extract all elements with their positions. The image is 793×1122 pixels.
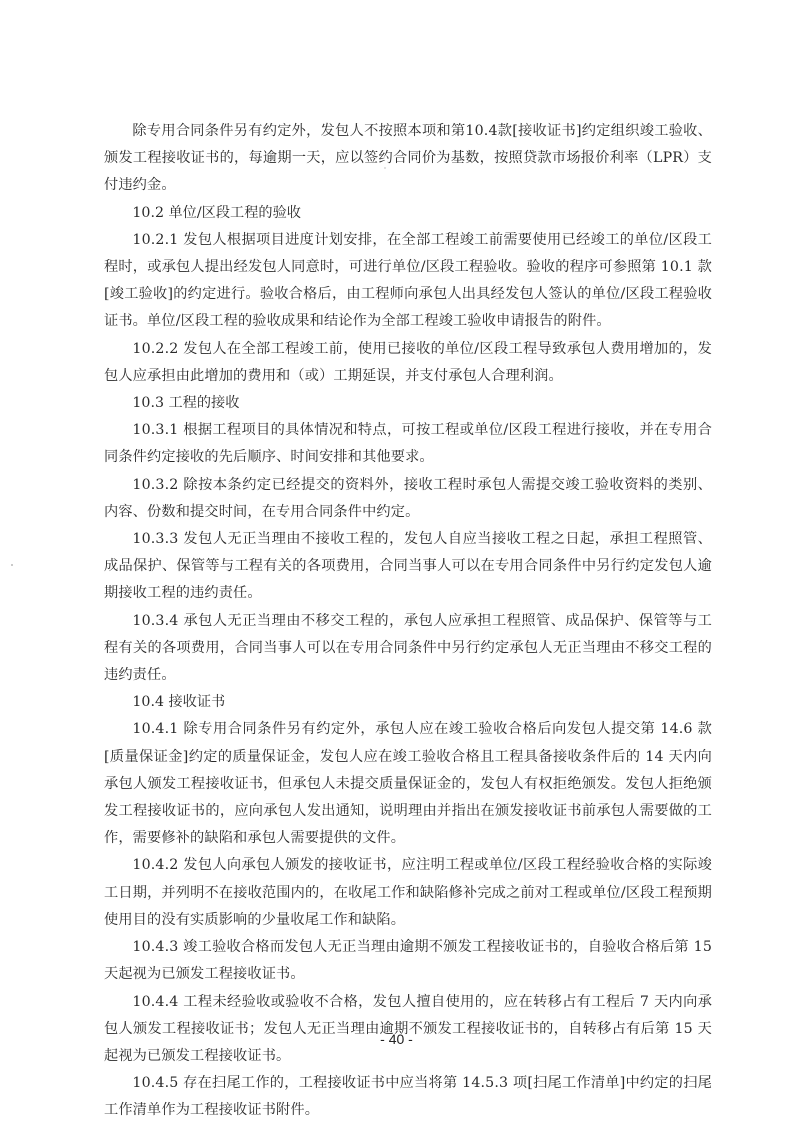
paragraph-10-3-3: 10.3.3 发包人无正当理由不接收工程的，发包人自应当接收工程之日起，承担工程… [104,526,712,608]
section-heading-10-2: 10.2 单位/区段工程的验收 [104,200,712,227]
page-number: - 40 - [0,1031,793,1047]
paragraph-10-2-2: 10.2.2 发包人在全部工程竣工前，使用已接收的单位/区段工程导致承包人费用增… [104,336,712,390]
section-heading-10-4: 10.4 接收证书 [104,689,712,716]
paragraph-10-4-1: 10.4.1 除专用合同条件另有约定外，承包人应在竣工验收合格后向发包人提交第 … [104,716,712,852]
paragraph-10-3-4: 10.3.4 承包人无正当理由不移交工程的，承包人应承担工程照管、成品保护、保管… [104,608,712,690]
section-heading-10-3: 10.3 工程的接收 [104,390,712,417]
paragraph-10-4-3: 10.4.3 竣工验收合格而发包人无正当理由逾期不颁发工程接收证书的，自验收合格… [104,934,712,988]
paragraph-late-acceptance-penalty: 除专用合同条件另有约定外，发包人不按照本项和第10.4款[接收证书]约定组织竣工… [104,118,712,200]
scan-artifact [384,167,386,169]
paragraph-10-3-2: 10.3.2 除按本条约定已经提交的资料外，接收工程时承包人需提交竣工验收资料的… [104,472,712,526]
paragraph-10-4-2: 10.4.2 发包人向承包人颁发的接收证书，应注明工程或单位/区段工程经验收合格… [104,852,712,934]
document-body: 除专用合同条件另有约定外，发包人不按照本项和第10.4款[接收证书]约定组织竣工… [104,118,712,1122]
paragraph-10-4-5: 10.4.5 存在扫尾工作的，工程接收证书中应当将第 14.5.3 项[扫尾工作… [104,1070,712,1122]
paragraph-10-2-1: 10.2.1 发包人根据项目进度计划安排，在全部工程竣工前需要使用已经竣工的单位… [104,227,712,336]
scan-artifact [11,564,13,566]
paragraph-10-3-1: 10.3.1 根据工程项目的具体情况和特点，可按工程或单位/区段工程进行接收，并… [104,417,712,471]
paragraph-10-4-4: 10.4.4 工程未经验收或验收不合格，发包人擅自使用的，应在转移占有工程后 7… [104,989,712,1071]
